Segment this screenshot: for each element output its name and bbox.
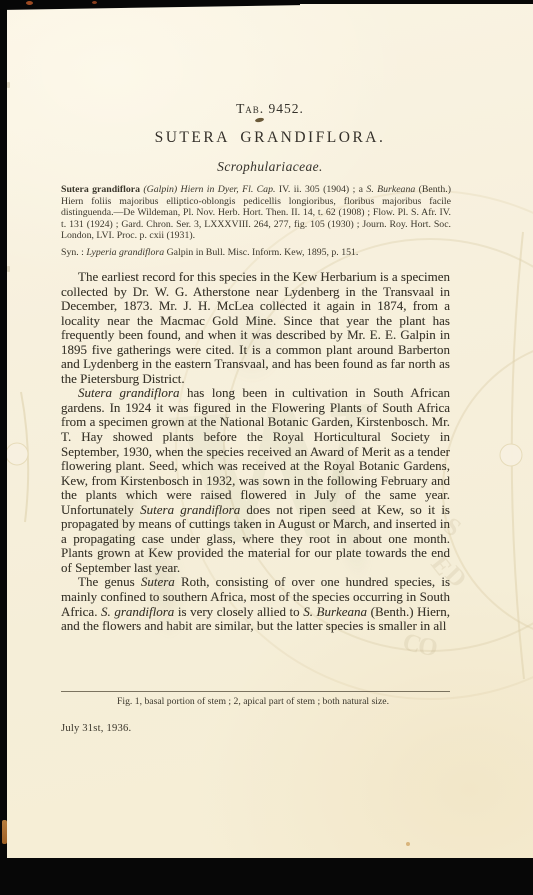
species-title: SUTERA GRANDIFLORA.: [7, 129, 533, 147]
stamp-letter: O: [416, 632, 440, 662]
article-body: The earliest record for this species in …: [61, 270, 450, 634]
nomenclature-citation: Sutera grandiflora (Galpin) Hiern in Dye…: [61, 184, 451, 242]
red-speck: [92, 1, 97, 4]
footer-divider: [61, 691, 450, 692]
paper-speck: [406, 842, 410, 846]
red-speck: [26, 1, 33, 5]
emboss-dot-left: [7, 443, 28, 465]
synonym-line: Syn. : Lyperia grandiflora Galpin in Bul…: [61, 247, 451, 258]
edge-nick: [7, 82, 10, 88]
paragraph: The genus Sutera Roth, consisting of ove…: [61, 575, 450, 633]
paragraph: Sutera grandiflora has long been in cult…: [61, 386, 450, 575]
stamp-ring-right: [443, 338, 533, 642]
figure-caption: Fig. 1, basal portion of stem ; 2, apica…: [35, 696, 471, 707]
plate-number: Tab. 9452.: [7, 101, 533, 117]
emboss-dot-right: [500, 444, 522, 466]
family-name: Scrophulariaceae.: [7, 159, 533, 175]
paper-page: S E D C O W Tab. 9452. SUTERA GRANDIFLOR…: [7, 4, 533, 858]
stamp-arc-left: [21, 392, 28, 522]
edge-stain: [2, 820, 7, 844]
scanned-page: S E D C O W Tab. 9452. SUTERA GRANDIFLOR…: [0, 0, 533, 895]
edge-nick: [7, 266, 10, 272]
stamp-arc-right: [512, 232, 524, 679]
publication-date: July 31st, 1936.: [61, 723, 131, 734]
paragraph: The earliest record for this species in …: [61, 270, 450, 386]
plate-header: Tab. 9452. SUTERA GRANDIFLORA. Scrophula…: [7, 101, 533, 175]
